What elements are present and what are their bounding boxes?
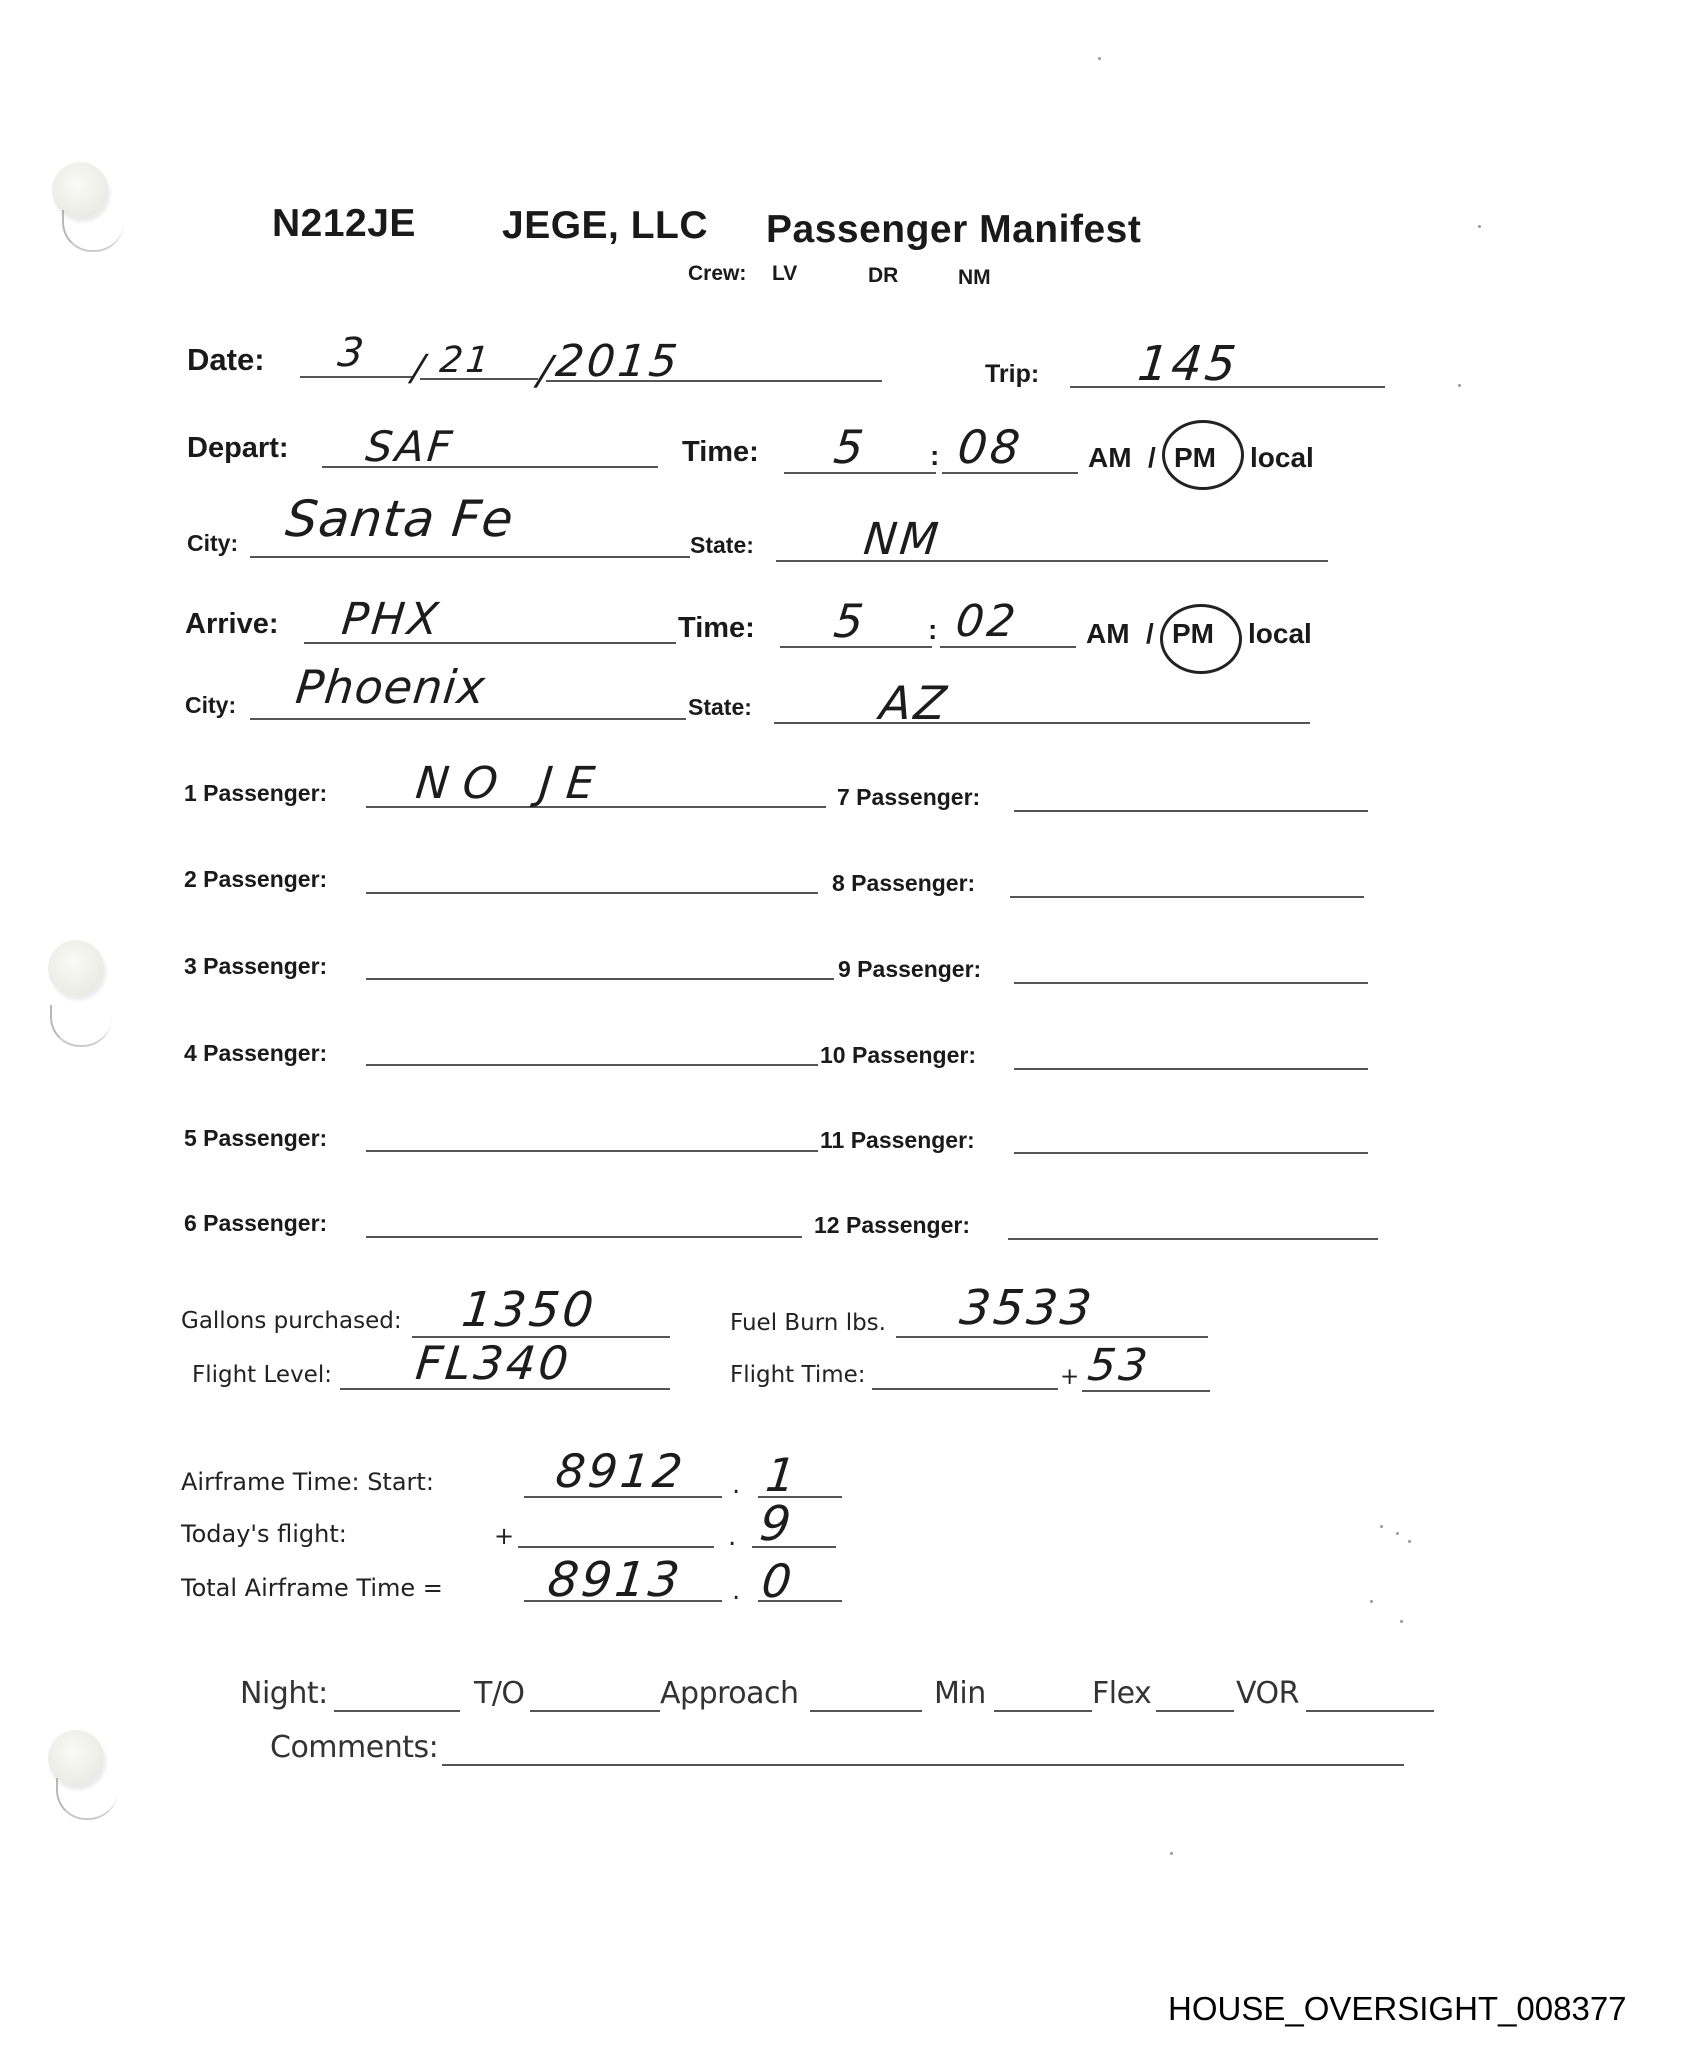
company-name: JEGE, LLC xyxy=(502,204,708,248)
bates-number: HOUSE_OVERSIGHT_008377 xyxy=(1168,1990,1627,2028)
passenger-6-label: 6 Passenger: xyxy=(184,1210,327,1237)
scan-speck xyxy=(1098,57,1101,60)
arrive-city-line xyxy=(250,718,686,720)
passenger-12-line[interactable] xyxy=(1008,1238,1378,1240)
depart-state-label: State: xyxy=(690,532,754,559)
passenger-5-line[interactable] xyxy=(366,1150,818,1152)
todays-flight-whole-line[interactable] xyxy=(518,1546,714,1548)
arrive-city-label: City: xyxy=(185,692,236,719)
passenger-12-label: 12 Passenger: xyxy=(814,1212,970,1239)
form-title: Passenger Manifest xyxy=(766,208,1141,252)
passenger-2-label: 2 Passenger: xyxy=(184,866,327,893)
flight-time-label: Flight Time: xyxy=(730,1362,866,1388)
depart-time-colon: : xyxy=(930,440,939,472)
scan-speck xyxy=(1400,1620,1403,1623)
fuel-burn-field[interactable]: 3533 xyxy=(957,1280,1097,1336)
date-month-line xyxy=(300,376,412,378)
crew-member-2: DR xyxy=(868,264,898,288)
arrive-minute-field[interactable]: 02 xyxy=(953,596,1020,647)
night-line[interactable] xyxy=(334,1710,460,1712)
arrive-city-field[interactable]: Phoenix xyxy=(293,660,488,714)
comments-line[interactable] xyxy=(442,1764,1404,1766)
passenger-7-line[interactable] xyxy=(1014,810,1368,812)
scan-speck xyxy=(1380,1525,1383,1528)
passenger-8-label: 8 Passenger: xyxy=(832,870,975,897)
hole-punch-top-shadow xyxy=(62,210,124,252)
depart-city-label: City: xyxy=(187,530,238,557)
airframe-start-dot: . xyxy=(732,1470,740,1500)
hole-punch-middle xyxy=(48,940,104,996)
fuel-burn-label: Fuel Burn lbs. xyxy=(730,1310,886,1336)
passenger-9-line[interactable] xyxy=(1014,982,1368,984)
passenger-1-label: 1 Passenger: xyxy=(184,780,327,807)
approach-line[interactable] xyxy=(810,1710,922,1712)
vor-line[interactable] xyxy=(1306,1710,1434,1712)
date-day-field[interactable]: 21 xyxy=(438,340,494,381)
passenger-9-label: 9 Passenger: xyxy=(838,956,981,983)
flight-level-label: Flight Level: xyxy=(192,1362,332,1388)
night-label: Night: xyxy=(240,1676,328,1711)
arrive-state-field[interactable]: AZ xyxy=(877,676,952,730)
passenger-6-line[interactable] xyxy=(366,1236,802,1238)
crew-member-3: NM xyxy=(958,266,991,290)
depart-slash: / xyxy=(1148,442,1156,474)
passenger-7-label: 7 Passenger: xyxy=(837,784,980,811)
date-month-field[interactable]: 3 xyxy=(336,330,369,376)
airframe-start-whole-field[interactable]: 8912 xyxy=(553,1444,688,1498)
arrive-time-label: Time: xyxy=(678,612,755,645)
date-separator-1: / xyxy=(410,348,429,389)
gallons-purchased-label: Gallons purchased: xyxy=(181,1308,402,1334)
scan-speck xyxy=(1396,1532,1399,1535)
arrive-label: Arrive: xyxy=(185,608,279,641)
depart-airport-field[interactable]: SAF xyxy=(363,422,457,471)
depart-state-line xyxy=(776,560,1328,562)
hole-punch-middle-shadow xyxy=(50,1005,112,1047)
depart-pm-circle xyxy=(1162,420,1244,490)
vor-label: VOR xyxy=(1236,1676,1299,1711)
passenger-3-label: 3 Passenger: xyxy=(184,953,327,980)
depart-minute-field[interactable]: 08 xyxy=(955,420,1025,474)
flight-time-minutes-field[interactable]: 53 xyxy=(1085,1340,1152,1391)
total-airframe-tenth-field[interactable]: 0 xyxy=(759,1554,797,1608)
date-label: Date: xyxy=(187,342,265,378)
arrive-local-label: local xyxy=(1248,618,1312,650)
passenger-10-label: 10 Passenger: xyxy=(820,1042,976,1069)
scan-speck xyxy=(1370,1600,1373,1603)
date-year-field[interactable]: 2015 xyxy=(553,336,682,387)
passenger-10-line[interactable] xyxy=(1014,1068,1368,1070)
scan-speck xyxy=(1170,1852,1173,1855)
arrive-state-line xyxy=(774,722,1310,724)
passenger-4-label: 4 Passenger: xyxy=(184,1040,327,1067)
flight-time-plus: + xyxy=(1060,1364,1079,1390)
depart-hour-field[interactable]: 5 xyxy=(831,420,869,474)
passenger-3-line[interactable] xyxy=(366,978,834,980)
crew-label: Crew: xyxy=(688,262,746,286)
crew-member-1: LV xyxy=(772,262,797,286)
takeoff-line[interactable] xyxy=(530,1710,660,1712)
approach-label: Approach xyxy=(660,1676,799,1711)
fuel-burn-line xyxy=(896,1336,1208,1338)
scan-speck xyxy=(1408,1540,1411,1543)
total-airframe-whole-field[interactable]: 8913 xyxy=(545,1552,685,1608)
trip-label: Trip: xyxy=(985,360,1039,389)
todays-flight-dot: . xyxy=(728,1522,736,1552)
scan-speck xyxy=(1458,384,1461,387)
takeoff-label: T/O xyxy=(474,1676,525,1711)
depart-local-label: local xyxy=(1250,442,1314,474)
airframe-start-tenth-field[interactable]: 1 xyxy=(763,1448,801,1502)
passenger-4-line[interactable] xyxy=(366,1064,818,1066)
arrive-state-label: State: xyxy=(688,694,752,721)
arrive-pm-circle xyxy=(1160,604,1242,674)
tail-number: N212JE xyxy=(272,202,416,246)
passenger-2-line[interactable] xyxy=(366,892,818,894)
depart-state-field[interactable]: NM xyxy=(861,514,943,565)
arrive-airport-field[interactable]: PHX xyxy=(339,594,443,645)
passenger-11-line[interactable] xyxy=(1014,1152,1368,1154)
passenger-1-field[interactable]: NO JE xyxy=(413,758,611,809)
flight-time-hours-line[interactable] xyxy=(872,1388,1058,1390)
todays-flight-tenth-field[interactable]: 9 xyxy=(757,1496,796,1552)
hole-punch-bottom-shadow xyxy=(56,1778,118,1820)
todays-flight-plus: + xyxy=(494,1522,514,1550)
passenger-8-line[interactable] xyxy=(1010,896,1364,898)
depart-label: Depart: xyxy=(187,432,289,465)
arrive-time-colon: : xyxy=(928,614,937,646)
date-separator-2: / xyxy=(536,348,557,394)
airframe-start-label: Airframe Time: Start: xyxy=(181,1468,434,1496)
depart-time-label: Time: xyxy=(682,436,759,469)
min-label: Min xyxy=(934,1676,986,1711)
flex-label: Flex xyxy=(1092,1676,1151,1711)
trip-field[interactable]: 145 xyxy=(1135,336,1242,392)
comments-label: Comments: xyxy=(270,1730,438,1765)
arrive-am-option[interactable]: AM xyxy=(1086,618,1130,650)
flex-line[interactable] xyxy=(1156,1710,1234,1712)
passenger-5-label: 5 Passenger: xyxy=(184,1125,327,1152)
depart-city-line xyxy=(250,556,690,558)
min-line[interactable] xyxy=(994,1710,1092,1712)
arrive-slash: / xyxy=(1146,618,1154,650)
flight-level-field[interactable]: FL340 xyxy=(413,1336,574,1390)
todays-flight-label: Today's flight: xyxy=(181,1520,347,1548)
total-airframe-label: Total Airframe Time = xyxy=(181,1574,443,1602)
depart-city-field[interactable]: Santa Fe xyxy=(283,490,517,548)
depart-am-option[interactable]: AM xyxy=(1088,442,1132,474)
arrive-hour-field[interactable]: 5 xyxy=(831,594,869,648)
scan-speck xyxy=(1478,225,1481,228)
total-airframe-dot: . xyxy=(732,1576,740,1606)
gallons-purchased-field[interactable]: 1350 xyxy=(459,1282,599,1338)
passenger-11-label: 11 Passenger: xyxy=(820,1127,975,1154)
